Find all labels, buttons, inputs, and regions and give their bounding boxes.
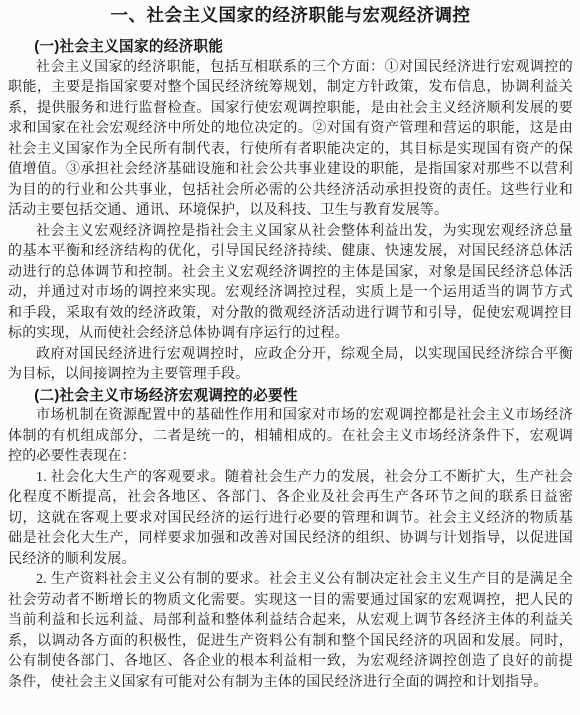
section-1-paragraph-2: 社会主义宏观经济调控是指社会主义国家从社会整体利益出发，为实现宏观经济总量的基本… xyxy=(8,222,573,345)
section-regulation-necessity: (二)社会主义市场经济宏观调控的必要性 市场机制在资源配置中的基础性作用和国家对… xyxy=(8,386,573,694)
section-2-heading: (二)社会主义市场经济宏观调控的必要性 xyxy=(8,386,573,407)
section-2-paragraph-3: 2. 生产资料社会主义公有制的要求。社会主义公有制决定社会主义生产目的是满足全社… xyxy=(8,570,573,693)
section-1-paragraph-3: 政府对国民经济进行宏观调控时，应政企分开，综观全局，以实现国民经济综合平衡为目标… xyxy=(8,345,573,386)
section-economic-functions: (一)社会主义国家的经济职能 社会主义国家的经济职能，包括互相联系的三个方面：①… xyxy=(8,37,573,386)
page-title: 一、社会主义国家的经济职能与宏观经济调控 xyxy=(8,4,573,26)
section-1-paragraph-1: 社会主义国家的经济职能，包括互相联系的三个方面：①对国民经济进行宏观调控的职能，… xyxy=(8,58,573,222)
section-2-paragraph-1: 市场机制在资源配置中的基础性作用和国家对市场的宏观调控都是社会主义市场经济体制的… xyxy=(8,406,573,468)
document-page: 一、社会主义国家的经济职能与宏观经济调控 (一)社会主义国家的经济职能 社会主义… xyxy=(0,0,580,715)
section-2-paragraph-2: 1. 社会化大生产的客观要求。随着社会生产力的发展，社会分工不断扩大，生产社会化… xyxy=(8,468,573,571)
section-1-heading: (一)社会主义国家的经济职能 xyxy=(8,37,573,58)
